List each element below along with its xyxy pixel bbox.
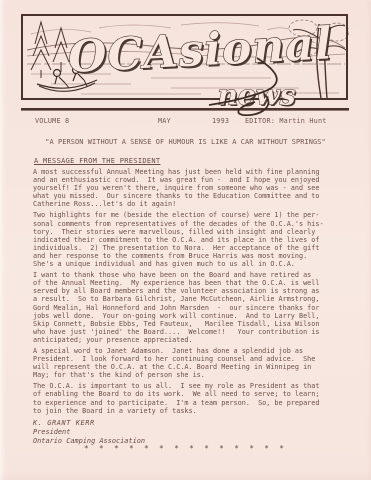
editor-label: EDITOR: Martin Hunt	[245, 117, 327, 125]
paragraph: I want to thank those who have been on t…	[33, 271, 348, 344]
signature-block: K. GRANT KERR President Ontario Camping …	[33, 419, 348, 446]
signature-title: President	[33, 428, 348, 437]
issue-info-row: VOLUME 8 MAY 1993 EDITOR: Martin Hunt	[21, 117, 349, 127]
article-body: A most successful Annual Meeting has jus…	[33, 168, 348, 446]
paragraph: The O.C.A. is important to us all. I see…	[33, 382, 348, 414]
section-heading: A MESSAGE FROM THE PRESIDENT	[34, 157, 160, 165]
paragraph: A special word to Janet Adamson. Janet h…	[33, 347, 348, 379]
asterisk-divider: * * * * * * * * * * * * * *	[0, 444, 371, 453]
masthead-rule	[21, 108, 349, 111]
issue-month: MAY	[158, 117, 171, 125]
volume-label: VOLUME 8	[35, 117, 69, 125]
masthead-illustration: OCAsional OCAsional news news	[21, 14, 349, 118]
paragraph: A most successful Annual Meeting has jus…	[33, 168, 348, 208]
motto-quote: "A PERSON WITHOUT A SENSE OF HUMOUR IS L…	[0, 138, 371, 146]
paragraph: Two highlights for me (beside the electi…	[33, 211, 348, 268]
issue-year: 1993	[212, 117, 229, 125]
newsletter-page: OCAsional OCAsional news news VOLUME 8 M…	[0, 0, 371, 480]
signature-name: K. GRANT KERR	[33, 419, 348, 428]
